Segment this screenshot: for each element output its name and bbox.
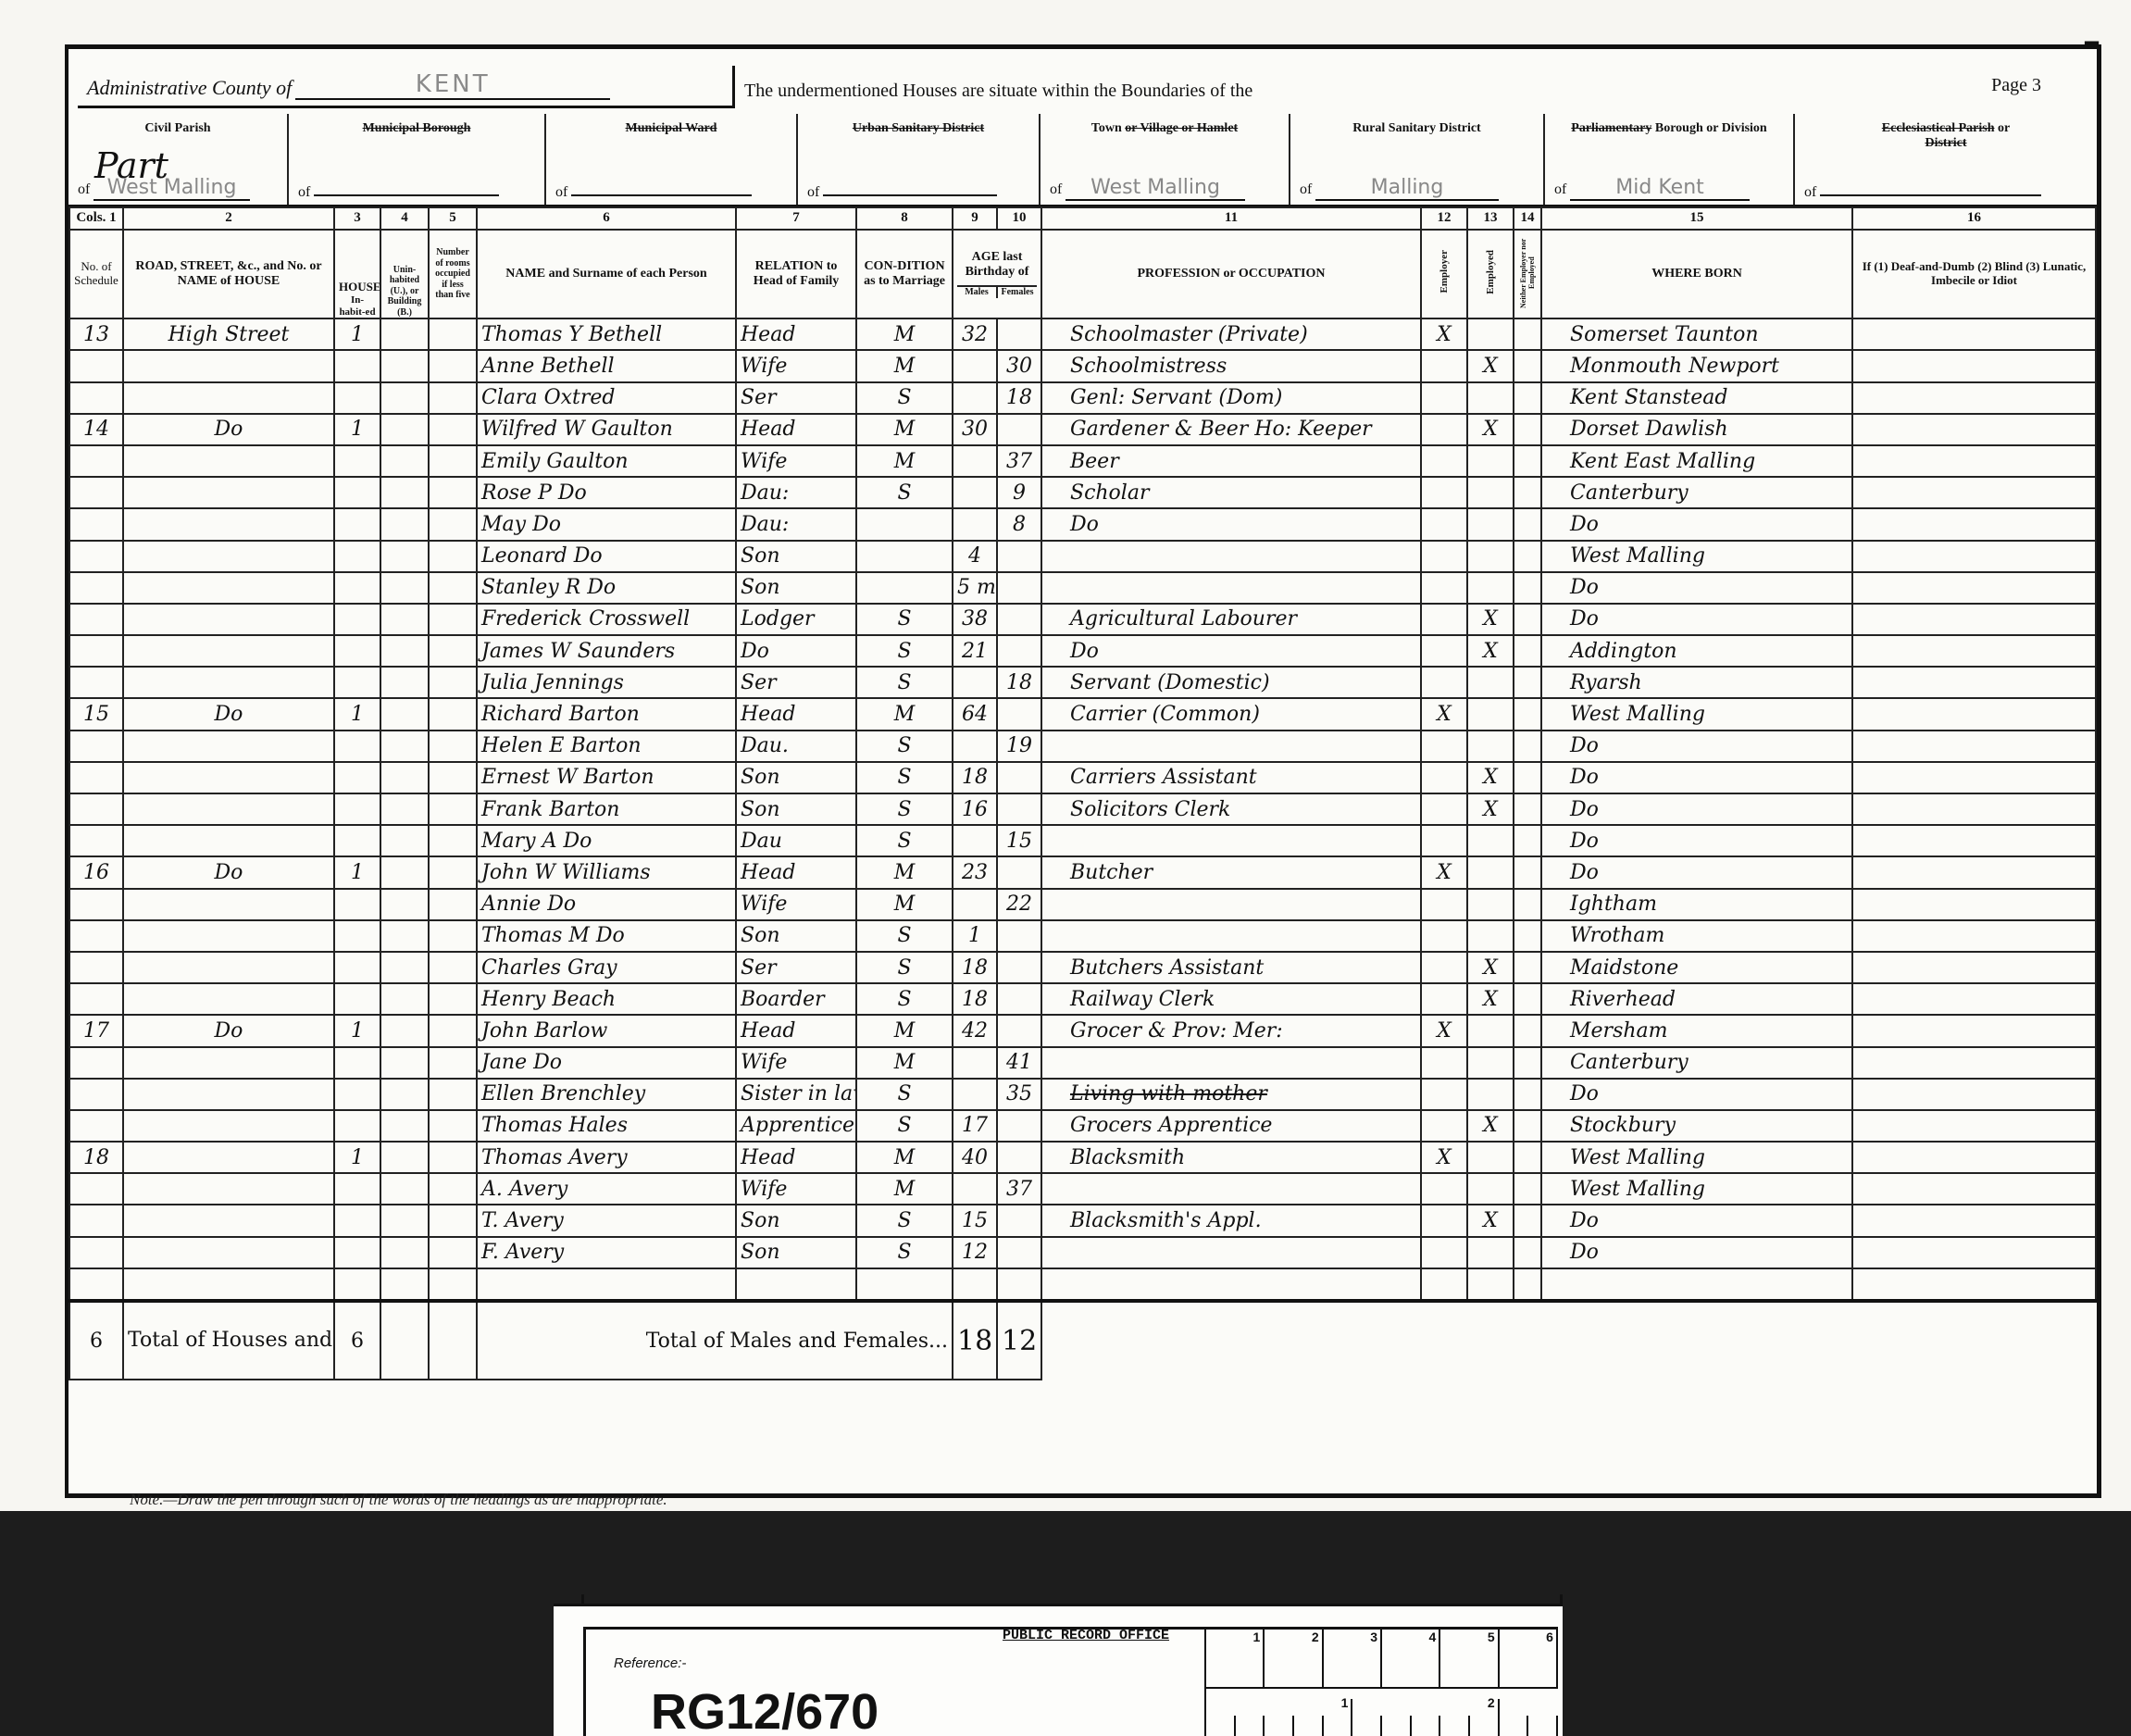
female-age bbox=[997, 952, 1041, 983]
schedule-number bbox=[69, 889, 123, 920]
occupation bbox=[1041, 572, 1421, 604]
uninhabited bbox=[380, 572, 429, 604]
person-name: James W Saunders bbox=[477, 635, 736, 667]
road-street bbox=[123, 604, 334, 635]
infirmity bbox=[1852, 382, 2096, 414]
infirmity bbox=[1852, 731, 2096, 762]
condition: S bbox=[856, 825, 953, 856]
occupation bbox=[1041, 731, 1421, 762]
occupation: Schoolmaster (Private) bbox=[1041, 318, 1421, 350]
total-males: 18 bbox=[953, 1301, 997, 1380]
inhabited: 1 bbox=[334, 1015, 380, 1046]
female-age: 37 bbox=[997, 445, 1041, 477]
schedule-number bbox=[69, 1047, 123, 1079]
condition: M bbox=[856, 889, 953, 920]
schedule-number bbox=[69, 1205, 123, 1236]
male-age bbox=[953, 382, 997, 414]
occupation: Servant (Domestic) bbox=[1041, 667, 1421, 698]
female-age bbox=[997, 1205, 1041, 1236]
infirmity bbox=[1852, 477, 2096, 508]
employed-mark: X bbox=[1467, 1110, 1514, 1142]
col-inhabited: HOUSESIn-habit-ed bbox=[334, 230, 380, 318]
relation: Dau: bbox=[736, 477, 856, 508]
schedule-number bbox=[69, 667, 123, 698]
condition: M bbox=[856, 1015, 953, 1046]
schedule-number: 17 bbox=[69, 1015, 123, 1046]
person-name: Mary A Do bbox=[477, 825, 736, 856]
occupation: Beer bbox=[1041, 445, 1421, 477]
person-name bbox=[477, 1268, 736, 1301]
relation: Head bbox=[736, 414, 856, 445]
occupation bbox=[1041, 541, 1421, 572]
schedule-number bbox=[69, 825, 123, 856]
inhabited bbox=[334, 825, 380, 856]
road-street bbox=[123, 1237, 334, 1268]
employed-mark: X bbox=[1467, 1205, 1514, 1236]
occupation bbox=[1041, 1237, 1421, 1268]
where-born: Mersham bbox=[1541, 1015, 1852, 1046]
where-born: Canterbury bbox=[1541, 1047, 1852, 1079]
male-age: 64 bbox=[953, 698, 997, 730]
female-age: 37 bbox=[997, 1173, 1041, 1205]
occupation: Scholar bbox=[1041, 477, 1421, 508]
road-street bbox=[123, 889, 334, 920]
female-age: 22 bbox=[997, 889, 1041, 920]
road-street bbox=[123, 382, 334, 414]
road-street: Do bbox=[123, 698, 334, 730]
schedule-number bbox=[69, 1173, 123, 1205]
employed-mark bbox=[1467, 382, 1514, 414]
male-age: 17 bbox=[953, 1110, 997, 1142]
relation: Head bbox=[736, 856, 856, 888]
person-name: Clara Oxtred bbox=[477, 382, 736, 414]
road-street bbox=[123, 635, 334, 667]
district-civil-parish: Civil Parish Part ofWest Malling bbox=[69, 114, 289, 205]
employed-mark bbox=[1467, 318, 1514, 350]
uninhabited bbox=[380, 350, 429, 381]
uninhabited bbox=[380, 635, 429, 667]
total-mf-label: Total of Males and Females... bbox=[477, 1301, 953, 1380]
infirmity bbox=[1852, 318, 2096, 350]
employed-mark bbox=[1467, 920, 1514, 952]
road-street bbox=[123, 983, 334, 1015]
person-name: F. Avery bbox=[477, 1237, 736, 1268]
occupation: Solicitors Clerk bbox=[1041, 793, 1421, 825]
neither-mark bbox=[1514, 1110, 1541, 1142]
uninhabited bbox=[380, 508, 429, 540]
uninhabited bbox=[380, 856, 429, 888]
employed-mark: X bbox=[1467, 414, 1514, 445]
inhabited: 1 bbox=[334, 1142, 380, 1173]
male-age: 30 bbox=[953, 414, 997, 445]
inhabited bbox=[334, 731, 380, 762]
census-row: 13High Street1Thomas Y BethellHeadM32Sch… bbox=[69, 318, 2096, 350]
municipal-ward-value bbox=[571, 194, 752, 196]
relation: Ser bbox=[736, 382, 856, 414]
relation: Lodger bbox=[736, 604, 856, 635]
employer-mark bbox=[1421, 382, 1467, 414]
uninhabited bbox=[380, 318, 429, 350]
infirmity bbox=[1852, 920, 2096, 952]
employed-mark: X bbox=[1467, 983, 1514, 1015]
schedule-number: 14 bbox=[69, 414, 123, 445]
neither-mark bbox=[1514, 572, 1541, 604]
schedule-number bbox=[69, 952, 123, 983]
uninhabited bbox=[380, 1079, 429, 1110]
where-born: West Malling bbox=[1541, 698, 1852, 730]
neither-mark bbox=[1514, 1142, 1541, 1173]
employer-mark bbox=[1421, 920, 1467, 952]
uninhabited bbox=[380, 1047, 429, 1079]
census-row: Mary A DoDauS15Do bbox=[69, 825, 2096, 856]
census-row: Ellen BrenchleySister in lawS35Living wi… bbox=[69, 1079, 2096, 1110]
neither-mark bbox=[1514, 382, 1541, 414]
condition: S bbox=[856, 1110, 953, 1142]
female-age bbox=[997, 856, 1041, 888]
road-street bbox=[123, 1047, 334, 1079]
inhabited bbox=[334, 1110, 380, 1142]
census-row: Charles GraySerS18Butchers AssistantXMai… bbox=[69, 952, 2096, 983]
uninhabited bbox=[380, 952, 429, 983]
employer-mark bbox=[1421, 572, 1467, 604]
infirmity bbox=[1852, 350, 2096, 381]
where-born: Do bbox=[1541, 1237, 1852, 1268]
neither-mark bbox=[1514, 762, 1541, 793]
rooms bbox=[429, 825, 477, 856]
town-value: West Malling bbox=[1065, 176, 1244, 201]
inhabited bbox=[334, 635, 380, 667]
neither-mark bbox=[1514, 889, 1541, 920]
employer-mark bbox=[1421, 825, 1467, 856]
female-age bbox=[997, 1110, 1041, 1142]
condition: S bbox=[856, 1205, 953, 1236]
col-occupation: PROFESSION or OCCUPATION bbox=[1041, 230, 1421, 318]
male-age bbox=[953, 350, 997, 381]
rooms bbox=[429, 762, 477, 793]
employed-mark bbox=[1467, 445, 1514, 477]
neither-mark bbox=[1514, 793, 1541, 825]
condition bbox=[856, 541, 953, 572]
female-age bbox=[997, 1237, 1041, 1268]
uninhabited bbox=[380, 414, 429, 445]
employed-mark: X bbox=[1467, 952, 1514, 983]
rooms bbox=[429, 920, 477, 952]
census-row: Emily GaultonWifeM37BeerKent East Mallin… bbox=[69, 445, 2096, 477]
infirmity bbox=[1852, 1268, 2096, 1301]
where-born: Do bbox=[1541, 1079, 1852, 1110]
where-born: Ightham bbox=[1541, 889, 1852, 920]
employer-mark bbox=[1421, 445, 1467, 477]
uninhabited bbox=[380, 762, 429, 793]
female-age: 15 bbox=[997, 825, 1041, 856]
neither-mark bbox=[1514, 445, 1541, 477]
employer-mark bbox=[1421, 793, 1467, 825]
road-street bbox=[123, 572, 334, 604]
district-rural-sanitary: Rural Sanitary District ofMalling bbox=[1290, 114, 1545, 205]
female-age bbox=[997, 1142, 1041, 1173]
employed-mark: X bbox=[1467, 350, 1514, 381]
relation: Wife bbox=[736, 350, 856, 381]
col-age: AGE last Birthday ofMalesFemales bbox=[953, 230, 1041, 318]
infirmity bbox=[1852, 1015, 2096, 1046]
employer-mark bbox=[1421, 350, 1467, 381]
person-name: Wilfred W Gaulton bbox=[477, 414, 736, 445]
occupation: Genl: Servant (Dom) bbox=[1041, 382, 1421, 414]
where-born bbox=[1541, 1268, 1852, 1301]
neither-mark bbox=[1514, 350, 1541, 381]
district-heading: Civil Parish bbox=[69, 121, 287, 136]
male-age: 15 bbox=[953, 1205, 997, 1236]
relation: Dau: bbox=[736, 508, 856, 540]
infirmity bbox=[1852, 1237, 2096, 1268]
rooms bbox=[429, 445, 477, 477]
employed-mark bbox=[1467, 698, 1514, 730]
census-row: Frank BartonSonS16Solicitors ClerkXDo bbox=[69, 793, 2096, 825]
inhabited bbox=[334, 920, 380, 952]
census-table: Cols. 1 2 3 4 5 6 7 8 9 10 11 12 13 14 1… bbox=[69, 206, 2097, 1380]
condition: M bbox=[856, 445, 953, 477]
schedule-number bbox=[69, 1268, 123, 1301]
inhabited bbox=[334, 1237, 380, 1268]
rooms bbox=[429, 477, 477, 508]
male-age: 5 mo bbox=[953, 572, 997, 604]
employed-mark bbox=[1467, 889, 1514, 920]
schedule-number bbox=[69, 1110, 123, 1142]
employed-mark bbox=[1467, 541, 1514, 572]
road-street bbox=[123, 541, 334, 572]
infirmity bbox=[1852, 983, 2096, 1015]
schedule-number bbox=[69, 508, 123, 540]
employer-mark bbox=[1421, 1079, 1467, 1110]
infirmity bbox=[1852, 1110, 2096, 1142]
condition: S bbox=[856, 477, 953, 508]
female-age bbox=[997, 635, 1041, 667]
person-name: Julia Jennings bbox=[477, 667, 736, 698]
condition: S bbox=[856, 920, 953, 952]
female-age bbox=[997, 414, 1041, 445]
district-parliamentary: Parliamentary Borough or Division ofMid … bbox=[1545, 114, 1795, 205]
district-heading: Municipal Borough bbox=[289, 121, 544, 136]
person-name: Henry Beach bbox=[477, 983, 736, 1015]
female-age: 19 bbox=[997, 731, 1041, 762]
uninhabited bbox=[380, 1205, 429, 1236]
col-uninhabited: Unin-habited (U.), or Building (B.) bbox=[380, 230, 429, 318]
occupation bbox=[1041, 1268, 1421, 1301]
total-schedules: 6 bbox=[69, 1301, 123, 1380]
inhabited: 1 bbox=[334, 414, 380, 445]
schedule-number bbox=[69, 350, 123, 381]
where-born: Ryarsh bbox=[1541, 667, 1852, 698]
where-born: Do bbox=[1541, 731, 1852, 762]
road-street bbox=[123, 350, 334, 381]
male-age bbox=[953, 477, 997, 508]
road-street bbox=[123, 1142, 334, 1173]
census-row: Thomas M DoSonS1Wrotham bbox=[69, 920, 2096, 952]
female-age bbox=[997, 604, 1041, 635]
where-born: Kent Stanstead bbox=[1541, 382, 1852, 414]
inhabited: 1 bbox=[334, 318, 380, 350]
reference-label: Reference:- bbox=[614, 1655, 686, 1671]
person-name: Ellen Brenchley bbox=[477, 1079, 736, 1110]
female-age: 18 bbox=[997, 667, 1041, 698]
occupation bbox=[1041, 1047, 1421, 1079]
employed-mark bbox=[1467, 856, 1514, 888]
road-street bbox=[123, 1205, 334, 1236]
condition: S bbox=[856, 952, 953, 983]
relation: Head bbox=[736, 1142, 856, 1173]
road-street bbox=[123, 825, 334, 856]
condition: S bbox=[856, 793, 953, 825]
inhabited bbox=[334, 1268, 380, 1301]
inhabited bbox=[334, 350, 380, 381]
schedule-number: 15 bbox=[69, 698, 123, 730]
female-age: 8 bbox=[997, 508, 1041, 540]
occupation: Gardener & Beer Ho: Keeper bbox=[1041, 414, 1421, 445]
person-name: Thomas Avery bbox=[477, 1142, 736, 1173]
uninhabited bbox=[380, 698, 429, 730]
relation: Head bbox=[736, 318, 856, 350]
employer-mark bbox=[1421, 1173, 1467, 1205]
female-age bbox=[997, 572, 1041, 604]
inhabited bbox=[334, 477, 380, 508]
uninhabited bbox=[380, 825, 429, 856]
ecclesiastical-value bbox=[1820, 194, 2041, 196]
occupation: Do bbox=[1041, 635, 1421, 667]
census-row: Anne BethellWifeM30SchoolmistressXMonmou… bbox=[69, 350, 2096, 381]
inhabited bbox=[334, 445, 380, 477]
relation: Son bbox=[736, 793, 856, 825]
condition: S bbox=[856, 983, 953, 1015]
schedule-number: 16 bbox=[69, 856, 123, 888]
district-row: Civil Parish Part ofWest Malling Municip… bbox=[69, 114, 2097, 208]
scale-ruler: 123 456 1 2 bbox=[1204, 1630, 1558, 1736]
employed-mark bbox=[1467, 731, 1514, 762]
where-born: Monmouth Newport bbox=[1541, 350, 1852, 381]
infirmity bbox=[1852, 698, 2096, 730]
person-name: May Do bbox=[477, 508, 736, 540]
condition: S bbox=[856, 604, 953, 635]
occupation: Do bbox=[1041, 508, 1421, 540]
uninhabited bbox=[380, 541, 429, 572]
infirmity bbox=[1852, 572, 2096, 604]
district-ecclesiastical: Ecclesiastical Parish orDistrict of bbox=[1795, 114, 2097, 205]
where-born: Maidstone bbox=[1541, 952, 1852, 983]
female-age bbox=[997, 793, 1041, 825]
infirmity bbox=[1852, 445, 2096, 477]
inhabited bbox=[334, 793, 380, 825]
infirmity bbox=[1852, 1205, 2096, 1236]
col-employed: Employed bbox=[1467, 230, 1514, 318]
infirmity bbox=[1852, 667, 2096, 698]
boundaries-title: The undermentioned Houses are situate wi… bbox=[744, 81, 1252, 102]
employed-mark bbox=[1467, 508, 1514, 540]
reference-code: RG12/670 bbox=[651, 1683, 879, 1736]
census-row: Leonard DoSon4West Malling bbox=[69, 541, 2096, 572]
occupation bbox=[1041, 825, 1421, 856]
district-heading: Municipal Ward bbox=[546, 121, 796, 136]
where-born: Do bbox=[1541, 762, 1852, 793]
employer-mark bbox=[1421, 1205, 1467, 1236]
condition bbox=[856, 508, 953, 540]
where-born: Do bbox=[1541, 572, 1852, 604]
road-street bbox=[123, 920, 334, 952]
where-born: West Malling bbox=[1541, 541, 1852, 572]
person-name: Rose P Do bbox=[477, 477, 736, 508]
road-street bbox=[123, 1110, 334, 1142]
where-born: Dorset Dawlish bbox=[1541, 414, 1852, 445]
rooms bbox=[429, 889, 477, 920]
employed-mark: X bbox=[1467, 635, 1514, 667]
male-age bbox=[953, 1268, 997, 1301]
neither-mark bbox=[1514, 604, 1541, 635]
occupation: Blacksmith's Appl. bbox=[1041, 1205, 1421, 1236]
employed-mark bbox=[1467, 1015, 1514, 1046]
uninhabited bbox=[380, 382, 429, 414]
rooms bbox=[429, 1237, 477, 1268]
relation: Son bbox=[736, 572, 856, 604]
census-row: Thomas HalesApprenticeS17Grocers Apprent… bbox=[69, 1110, 2096, 1142]
condition: M bbox=[856, 1047, 953, 1079]
uninhabited bbox=[380, 920, 429, 952]
female-age: 9 bbox=[997, 477, 1041, 508]
uninhabited bbox=[380, 1110, 429, 1142]
inhabited bbox=[334, 604, 380, 635]
female-age: 30 bbox=[997, 350, 1041, 381]
relation: Apprentice bbox=[736, 1110, 856, 1142]
infirmity bbox=[1852, 825, 2096, 856]
road-street bbox=[123, 1079, 334, 1110]
condition: S bbox=[856, 1079, 953, 1110]
male-age bbox=[953, 825, 997, 856]
uninhabited bbox=[380, 793, 429, 825]
infirmity bbox=[1852, 1047, 2096, 1079]
inhabited bbox=[334, 541, 380, 572]
relation: Wife bbox=[736, 1173, 856, 1205]
male-age: 21 bbox=[953, 635, 997, 667]
condition: M bbox=[856, 414, 953, 445]
employer-mark bbox=[1421, 414, 1467, 445]
parliamentary-value: Mid Kent bbox=[1570, 176, 1749, 201]
person-name: Richard Barton bbox=[477, 698, 736, 730]
neither-mark bbox=[1514, 1015, 1541, 1046]
where-born: Do bbox=[1541, 856, 1852, 888]
totals-row: 6 Total of Houses and of Tenements with … bbox=[69, 1301, 2096, 1380]
condition: M bbox=[856, 318, 953, 350]
infirmity bbox=[1852, 604, 2096, 635]
census-row: Clara OxtredSerS18Genl: Servant (Dom)Ken… bbox=[69, 382, 2096, 414]
infirmity bbox=[1852, 1079, 2096, 1110]
rooms bbox=[429, 541, 477, 572]
female-age bbox=[997, 541, 1041, 572]
occupation: Grocer & Prov: Mer: bbox=[1041, 1015, 1421, 1046]
uninhabited bbox=[380, 667, 429, 698]
admin-county-label: Administrative County of bbox=[87, 76, 292, 100]
total-females: 12 bbox=[997, 1301, 1041, 1380]
where-born: Do bbox=[1541, 604, 1852, 635]
census-sheet: Administrative County of KENT The underm… bbox=[65, 44, 2101, 1498]
neither-mark bbox=[1514, 477, 1541, 508]
employer-mark bbox=[1421, 604, 1467, 635]
census-row: Helen E BartonDau.S19Do bbox=[69, 731, 2096, 762]
uninhabited bbox=[380, 477, 429, 508]
road-street bbox=[123, 445, 334, 477]
employed-mark bbox=[1467, 1047, 1514, 1079]
infirmity bbox=[1852, 508, 2096, 540]
census-row: Stanley R DoSon5 moDo bbox=[69, 572, 2096, 604]
col-where-born: WHERE BORN bbox=[1541, 230, 1852, 318]
rooms bbox=[429, 318, 477, 350]
schedule-number bbox=[69, 1237, 123, 1268]
